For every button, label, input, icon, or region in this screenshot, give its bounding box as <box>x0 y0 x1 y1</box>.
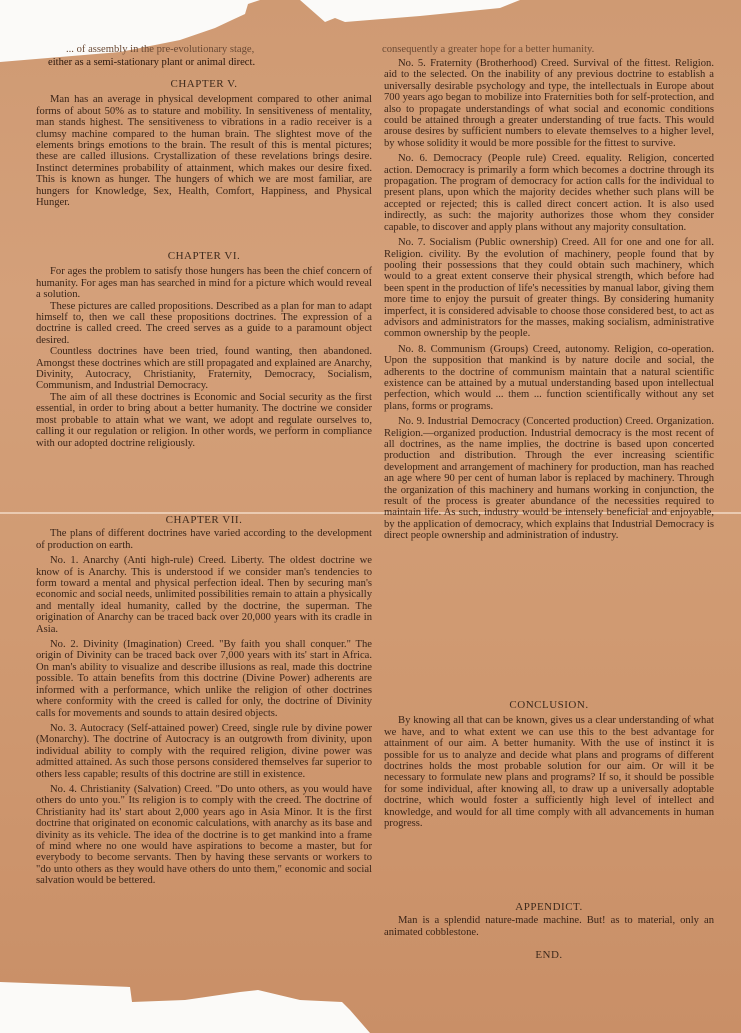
creed-industrial-democracy: No. 9. Industrial Democracy (Concerted p… <box>384 416 714 541</box>
chapter-6: CHAPTER VI. For ages the problem to sati… <box>36 251 372 449</box>
chapter-6-paragraph: The aim of all these doctrines is Econom… <box>36 392 372 449</box>
conclusion: CONCLUSION. By knowing all that can be k… <box>384 700 714 829</box>
creed-socialism: No. 7. Socialism (Public ownership) Cree… <box>384 237 714 340</box>
appendict-title: APPENDICT. <box>384 902 714 913</box>
chapter-6-paragraph: Countless doctrines have been tried, fou… <box>36 346 372 392</box>
appendict-paragraph: Man is a splendid nature-made machine. B… <box>384 915 714 938</box>
conclusion-title: CONCLUSION. <box>384 700 714 711</box>
chapter-5-paragraph: Man has an average in physical developme… <box>36 94 372 208</box>
top-fragment-left: ... of assembly in the pre-evolutionary … <box>66 44 254 55</box>
chapter-5-title: CHAPTER V. <box>36 79 372 90</box>
chapter-6-paragraph: For ages the problem to satisfy those hu… <box>36 266 372 300</box>
top-fragment-right: consequently a greater hope for a better… <box>382 44 594 55</box>
appendict: APPENDICT. Man is a splendid nature-made… <box>384 902 714 962</box>
conclusion-paragraph: By knowing all that can be known, gives … <box>384 715 714 829</box>
creeds-continued: No. 5. Fraternity (Brotherhood) Creed. S… <box>384 58 714 542</box>
top-fragment-line2: either as a semi-stationary plant or ani… <box>48 57 255 68</box>
chapter-6-paragraph: These pictures are called propositions. … <box>36 301 372 347</box>
chapter-6-title: CHAPTER VI. <box>36 251 372 262</box>
chapter-7: CHAPTER VII. The plans of different doct… <box>36 515 372 887</box>
chapter-7-title: CHAPTER VII. <box>36 515 372 526</box>
creed-fraternity: No. 5. Fraternity (Brotherhood) Creed. S… <box>384 58 714 149</box>
creed-communism: No. 8. Communism (Groups) Creed, autonom… <box>384 344 714 412</box>
creed-anarchy: No. 1. Anarchy (Anti high-rule) Creed. L… <box>36 555 372 635</box>
creed-autocracy: No. 3. Autocracy (Self-attained power) C… <box>36 723 372 780</box>
creed-divinity: No. 2. Divinity (Imagination) Creed. "By… <box>36 639 372 719</box>
creed-christianity: No. 4. Christianity (Salvation) Creed. "… <box>36 784 372 887</box>
chapter-7-intro: The plans of different doctrines have va… <box>36 528 372 551</box>
end-label: END. <box>384 950 714 961</box>
creed-democracy: No. 6. Democracy (People rule) Creed. eq… <box>384 153 714 233</box>
chapter-5: CHAPTER V. Man has an average in physica… <box>36 79 372 208</box>
